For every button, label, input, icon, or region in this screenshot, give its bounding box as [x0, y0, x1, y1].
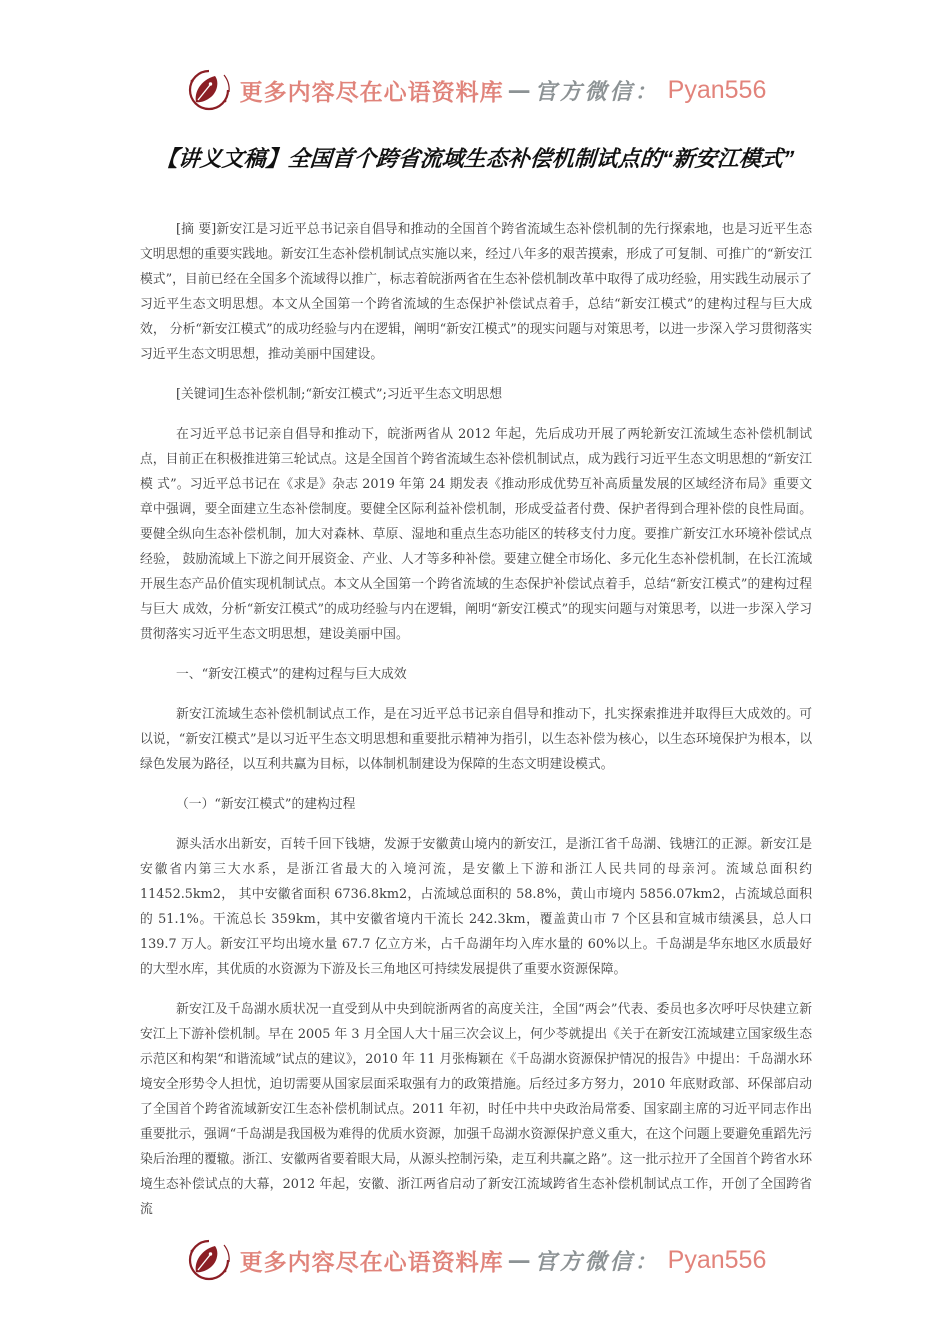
pen-nib-swirl-logo-icon [184, 67, 232, 113]
brand-text: 更多内容尽在心语资料库 [240, 1244, 504, 1277]
pen-nib-swirl-logo-icon [184, 1237, 232, 1283]
wechat-label: 官方微信： [535, 75, 660, 106]
wechat-id: Pyan556 [668, 76, 767, 105]
wechat-id: Pyan556 [668, 1246, 767, 1275]
page-footer: 更多内容尽在心语资料库 — 官方微信： Pyan556 [0, 1234, 950, 1286]
brand-text: 更多内容尽在心语资料库 [240, 74, 504, 107]
brand-dash: — [508, 77, 531, 104]
section-1-overview-paragraph: 新安江流域生态补偿机制试点工作，是在习近平总书记亲自倡导和推动下，扎实探索推进并… [140, 702, 812, 777]
keywords-line: [关键词]生态补偿机制;“新安江模式”;习近平生态文明思想 [140, 382, 812, 407]
page-header: 更多内容尽在心语资料库 — 官方微信： Pyan556 [0, 0, 950, 116]
document-body: [摘 要]新安江是习近平总书记亲自倡导和推动的全国首个跨省流域生态补偿机制的先行… [140, 217, 812, 1222]
river-basin-facts-paragraph: 源头活水出新安，百转千回下钱塘，发源于安徽黄山境内的新安江，是浙江省千岛湖、钱塘… [140, 832, 812, 982]
subsection-heading-1-1: （一）“新安江模式”的建构过程 [140, 792, 812, 817]
abstract-paragraph: [摘 要]新安江是习近平总书记亲自倡导和推动的全国首个跨省流域生态补偿机制的先行… [140, 217, 812, 367]
wechat-label: 官方微信： [535, 1245, 660, 1276]
intro-paragraph: 在习近平总书记亲自倡导和推动下，皖浙两省从 2012 年起，先后成功开展了两轮新… [140, 422, 812, 647]
brand-dash: — [508, 1247, 531, 1274]
document-title: 【讲义文稿】全国首个跨省流域生态补偿机制试点的“新安江模式” [59, 142, 891, 173]
pilot-history-paragraph: 新安江及千岛湖水质状况一直受到从中央到皖浙两省的高度关注，全国“两会”代表、委员… [140, 997, 812, 1222]
document-page: 更多内容尽在心语资料库 — 官方微信： Pyan556 【讲义文稿】全国首个跨省… [0, 0, 950, 1344]
section-heading-1: 一、“新安江模式”的建构过程与巨大成效 [140, 662, 812, 687]
